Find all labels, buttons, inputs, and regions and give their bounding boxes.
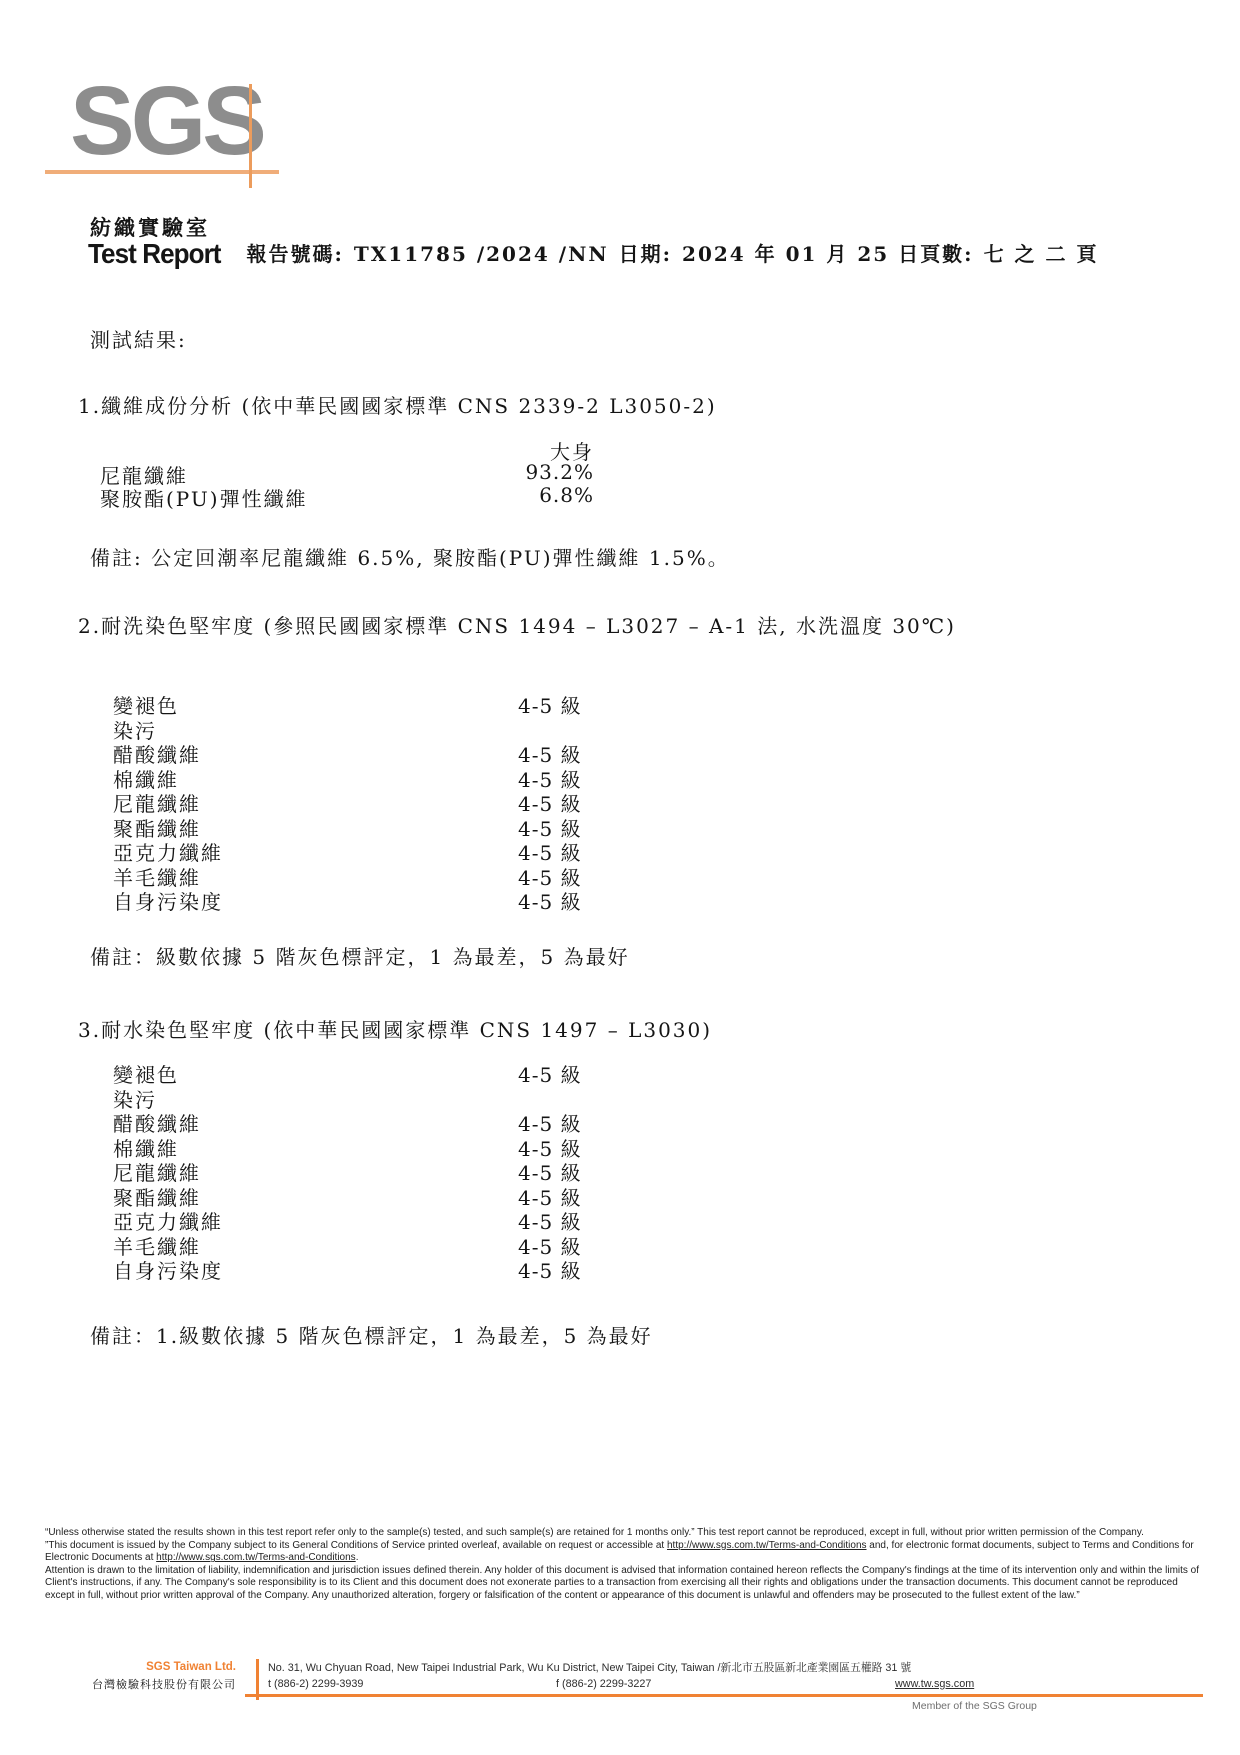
report-number-label: 報告號碼:	[247, 242, 344, 266]
disclaimer-paragraph-3: Attention is drawn to the limitation of …	[45, 1565, 1201, 1603]
row-value: 4-5 級	[518, 886, 582, 915]
table-row: 尼龍纖維 4-5 級	[0, 788, 1240, 813]
footer-company-block: SGS Taiwan Ltd. 台灣檢驗科技股份有限公司	[58, 1661, 236, 1692]
section-3-note: 備註：1.級數依據 5 階灰色標評定，1 為最差，5 為最好	[90, 1320, 653, 1349]
column-header-row: 大身	[0, 436, 1240, 460]
table-row: 亞克力纖維 4-5 級	[0, 837, 1240, 862]
wash-fastness-table: 變褪色 4-5 級 染污 醋酸纖維 4-5 級 棉纖維 4-5 級 尼龍纖維 4…	[0, 690, 1240, 911]
results-label: 測試結果:	[90, 324, 187, 353]
footer-fax: f (886-2) 2299-3227	[556, 1678, 651, 1690]
logo-underline	[45, 170, 279, 174]
row-label: 聚胺酯(PU)彈性纖維	[100, 483, 308, 512]
report-title: Test Report	[88, 238, 221, 270]
footer-rule	[245, 1694, 1203, 1697]
row-label: 自身污染度	[113, 886, 223, 915]
table-row: 聚胺酯(PU)彈性纖維 6.8%	[0, 483, 1240, 507]
section-1-heading: 1.纖維成份分析 (依中華民國國家標準 CNS 2339-2 L3050-2)	[78, 390, 717, 419]
table-row: 棉纖維 4-5 級	[0, 1133, 1240, 1158]
pages-label: 頁數:	[920, 242, 973, 266]
footer-address: No. 31, Wu Chyuan Road, New Taipei Indus…	[268, 1660, 911, 1675]
test-report-page: SGS 紡織實驗室 Test Report報告號碼:TX11785 /2024 …	[0, 0, 1240, 1755]
section-1-note: 備註: 公定回潮率尼龍纖維 6.5%, 聚胺酯(PU)彈性纖維 1.5%。	[90, 542, 730, 571]
disclaimer-paragraph-1: “Unless otherwise stated the results sho…	[45, 1527, 1201, 1540]
table-row: 變褪色 4-5 級	[0, 1059, 1240, 1084]
pages-value: 七 之 二 頁	[984, 242, 1099, 266]
table-row: 染污	[0, 1084, 1240, 1109]
company-name-en: SGS Taiwan Ltd.	[58, 1661, 236, 1673]
report-header-line: Test Report報告號碼:TX11785 /2024 /NN日期:2024…	[88, 238, 1098, 270]
row-label: 自身污染度	[113, 1255, 223, 1284]
member-note: Member of the SGS Group	[912, 1700, 1037, 1712]
section-3-heading: 3.耐水染色堅牢度 (依中華民國國家標準 CNS 1497 – L3030)	[78, 1014, 712, 1043]
table-row: 棉纖維 4-5 級	[0, 764, 1240, 789]
section-2-note: 備註：級數依據 5 階灰色標評定，1 為最差，5 為最好	[90, 941, 630, 970]
fiber-composition-table: 大身 尼龍纖維 93.2% 聚胺酯(PU)彈性纖維 6.8%	[0, 436, 1240, 507]
date-value: 2024 年 01 月 25 日	[682, 242, 920, 266]
sgs-logo: SGS	[70, 72, 263, 169]
table-row: 羊毛纖維 4-5 級	[0, 862, 1240, 887]
disclaimer-text: ”This document is issued by the Company …	[45, 1540, 667, 1551]
disclaimer: “Unless otherwise stated the results sho…	[45, 1527, 1201, 1603]
row-value: 6.8%	[516, 483, 594, 507]
terms-link-2[interactable]: http://www.sgs.com.tw/Terms-and-Conditio…	[156, 1552, 356, 1563]
water-fastness-table: 變褪色 4-5 級 染污 醋酸纖維 4-5 級 棉纖維 4-5 級 尼龍纖維 4…	[0, 1059, 1240, 1280]
footer-phone: t (886-2) 2299-3939	[268, 1678, 363, 1690]
section-2-heading: 2.耐洗染色堅牢度 (參照民國國家標準 CNS 1494 – L3027 – A…	[78, 610, 956, 639]
table-row: 羊毛纖維 4-5 級	[0, 1231, 1240, 1256]
disclaimer-text: .	[356, 1552, 359, 1563]
table-row: 聚酯纖維 4-5 級	[0, 1182, 1240, 1207]
terms-link-1[interactable]: http://www.sgs.com.tw/Terms-and-Conditio…	[667, 1540, 867, 1551]
table-row: 亞克力纖維 4-5 級	[0, 1206, 1240, 1231]
table-row: 染污	[0, 715, 1240, 740]
date-label: 日期:	[619, 242, 672, 266]
disclaimer-paragraph-2: ”This document is issued by the Company …	[45, 1540, 1201, 1565]
table-row: 變褪色 4-5 級	[0, 690, 1240, 715]
logo-vertical-line	[249, 84, 252, 188]
table-row: 醋酸纖維 4-5 級	[0, 739, 1240, 764]
table-row: 尼龍纖維 93.2%	[0, 460, 1240, 484]
fiber-rows: 尼龍纖維 93.2% 聚胺酯(PU)彈性纖維 6.8%	[0, 460, 1240, 507]
table-row: 自身污染度 4-5 級	[0, 1255, 1240, 1280]
company-name-zh: 台灣檢驗科技股份有限公司	[58, 1676, 236, 1692]
table-row: 聚酯纖維 4-5 級	[0, 813, 1240, 838]
website-link[interactable]: www.tw.sgs.com	[895, 1678, 974, 1690]
table-row: 尼龍纖維 4-5 級	[0, 1157, 1240, 1182]
table-row: 自身污染度 4-5 級	[0, 886, 1240, 911]
table-row: 醋酸纖維 4-5 級	[0, 1108, 1240, 1133]
report-number: TX11785 /2024 /NN	[354, 242, 609, 266]
row-value: 93.2%	[516, 460, 594, 484]
row-value: 4-5 級	[518, 1255, 582, 1284]
